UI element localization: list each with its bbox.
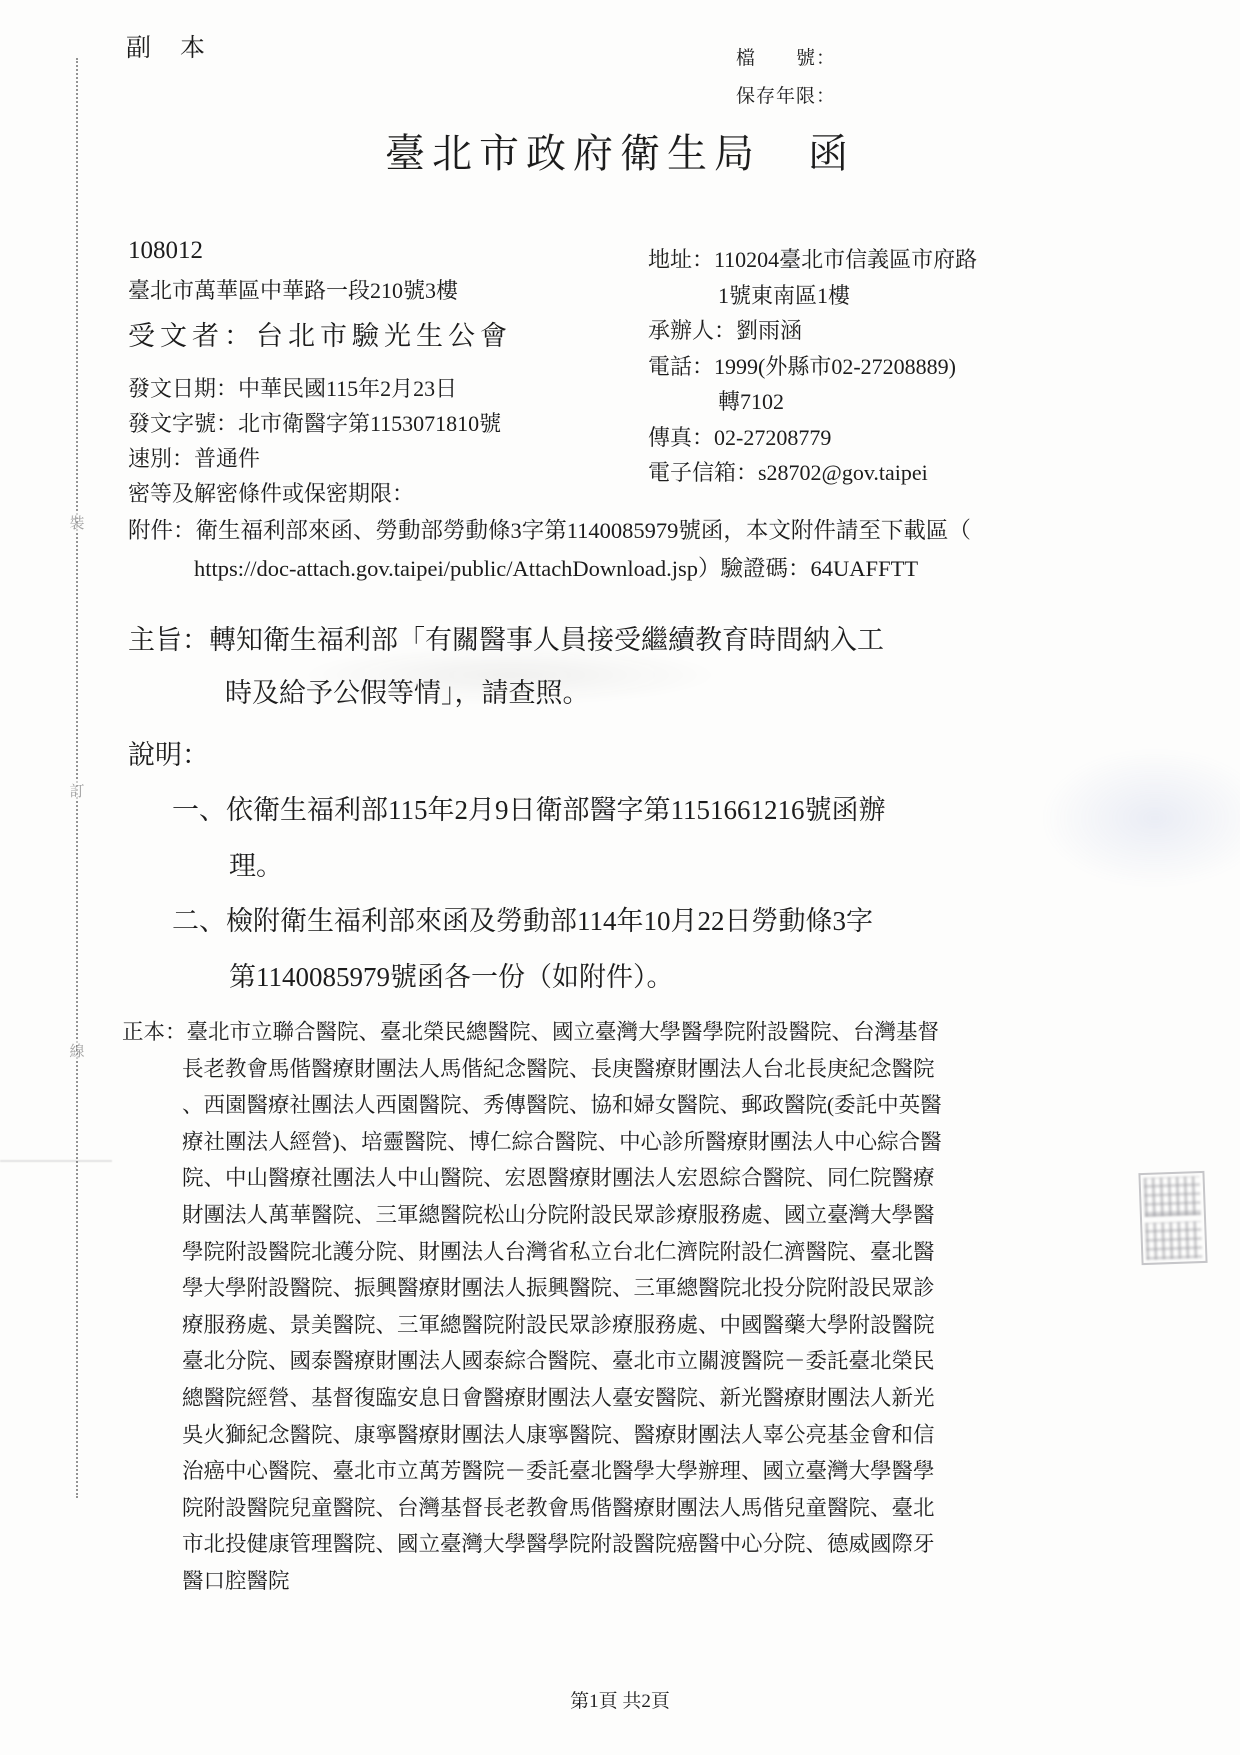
phone-line2: 轉7102: [648, 384, 1208, 420]
recipient-list-line: 院附設醫院兒童醫院、台灣基督長老教會馬偕醫療財團法人馬偕兒童醫院、臺北: [122, 1490, 1137, 1527]
explanation-item2-line1: 二、檢附衛生福利部來函及勞動部114年10月22日勞動條3字: [172, 894, 1142, 950]
recipient-list-line: 療服務處、景美醫院、三軍總醫院附設民眾診療服務處、中國醫藥大學附設醫院: [122, 1307, 1137, 1344]
case-officer: 承辦人：劉雨涵: [648, 313, 1208, 349]
delivery-speed: 速別：普通件: [128, 441, 648, 476]
recipient-list-line: 總醫院經營、基督復臨安息日會醫療財團法人臺安醫院、新光醫療財團法人新光: [122, 1380, 1137, 1417]
sender-address-line2: 1號東南區1樓: [648, 278, 1208, 314]
recipient-street: 臺北市萬華區中華路一段210號3樓: [128, 274, 648, 308]
document-title: 臺北市政府衛生局 函: [0, 122, 1240, 179]
explanation-item1-line1: 一、依衛生福利部115年2月9日衛部醫字第1151661216號函辦: [172, 783, 1142, 839]
receipt-stamp: [1138, 1171, 1207, 1265]
binding-mark-ding: 訂: [60, 780, 94, 801]
explanation-heading: 說明：: [128, 733, 209, 772]
explanation-items: 一、依衛生福利部115年2月9日衛部醫字第1151661216號函辦 理。 二、…: [172, 783, 1142, 1005]
recipient-name: 受文者：台北市驗光生公會: [128, 316, 648, 356]
attachment-note: 附件：衛生福利部來函、勞動部勞動條3字第1140085979號函，本文附件請至下…: [128, 512, 1133, 588]
recipient-list-line: 療社團法人經營)、培靈醫院、博仁綜合醫院、中心診所醫療財團法人中心綜合醫: [122, 1124, 1137, 1161]
binding-mark-zhuang: 裝: [60, 512, 94, 533]
security-class: 密等及解密條件或保密期限：: [128, 476, 648, 511]
recipient-list-line: 治癌中心醫院、臺北市立萬芳醫院－委託臺北醫學大學辦理、國立臺灣大學醫學: [122, 1453, 1137, 1490]
recipient-list-line: 學大學附設醫院、振興醫療財團法人振興醫院、三軍總醫院北投分院附設民眾診: [122, 1270, 1137, 1307]
pencil-smudge: [300, 645, 720, 705]
recipient-list-line: 正本：臺北市立聯合醫院、臺北榮民總醫院、國立臺灣大學醫學院附設醫院、台灣基督: [122, 1014, 1137, 1051]
email-address: 電子信箱：s28702@gov.taipei: [648, 455, 1208, 491]
stamp-glyph-top: [1144, 1176, 1201, 1217]
recipient-list-line: 院、中山醫療社團法人中山醫院、宏恩醫療財團法人宏恩綜合醫院、同仁院醫療: [122, 1160, 1137, 1197]
page-number: 第1頁 共2頁: [0, 1686, 1240, 1713]
scan-artifact-line: [0, 1160, 112, 1162]
issue-date: 發文日期：中華民國115年2月23日: [128, 371, 648, 406]
original-copy-recipient-list: 正本：臺北市立聯合醫院、臺北榮民總醫院、國立臺灣大學醫學院附設醫院、台灣基督長老…: [122, 1014, 1137, 1600]
recipient-list-line: 市北投健康管理醫院、國立臺灣大學醫學院附設醫院癌醫中心分院、德威國際牙: [122, 1526, 1137, 1563]
file-number-block: 檔 號： 保存年限：: [736, 40, 836, 116]
phone-line1: 電話：1999(外縣市02-27208889): [648, 349, 1208, 385]
file-number-label: 檔 號：: [736, 40, 836, 78]
recipient-list-line: 臺北分院、國泰醫療財團法人國泰綜合醫院、臺北市立關渡醫院－委託臺北榮民: [122, 1343, 1137, 1380]
sender-contact-block: 地址：110204臺北市信義區市府路 1號東南區1樓 承辦人：劉雨涵 電話：19…: [648, 242, 1208, 491]
retention-period-label: 保存年限：: [736, 78, 836, 116]
recipient-list-line: 吳火獅紀念醫院、康寧醫療財團法人康寧醫院、醫療財團法人辜公亮基金會和信: [122, 1417, 1137, 1454]
binding-dotted-line: [76, 58, 78, 1498]
recipient-zip: 108012: [128, 234, 648, 268]
copy-label: 副 本: [126, 28, 207, 64]
document-number: 發文字號：北市衛醫字第1153071810號: [128, 406, 648, 441]
recipient-list-line: 財團法人萬華醫院、三軍總醫院松山分院附設民眾診療服務處、國立臺灣大學醫: [122, 1197, 1137, 1234]
fax-number: 傳真：02-27208779: [648, 420, 1208, 456]
recipient-list-line: 、西園醫療社團法人西園醫院、秀傳醫院、協和婦女醫院、郵政醫院(委託中英醫: [122, 1087, 1137, 1124]
recipient-address-block: 108012 臺北市萬華區中華路一段210號3樓 受文者：台北市驗光生公會 發文…: [128, 234, 648, 511]
attachment-line1: 附件：衛生福利部來函、勞動部勞動條3字第1140085979號函，本文附件請至下…: [128, 512, 1133, 550]
explanation-item1-line2: 理。: [172, 839, 1142, 895]
binding-mark-xian: 線: [60, 1040, 94, 1061]
sender-address-line1: 地址：110204臺北市信義區市府路: [648, 242, 1208, 278]
stamp-glyph-bottom: [1145, 1221, 1202, 1260]
attachment-download-url: https://doc-attach.gov.taipei/public/Att…: [128, 550, 1133, 588]
recipient-list-line: 醫口腔醫院: [122, 1563, 1137, 1600]
scanned-official-letter-page: 裝 訂 線 副 本 檔 號： 保存年限： 臺北市政府衛生局 函 108012 臺…: [0, 0, 1240, 1755]
recipient-list-line: 學院附設醫院北護分院、財團法人台灣省私立台北仁濟院附設仁濟醫院、臺北醫: [122, 1234, 1137, 1271]
recipient-list-line: 長老教會馬偕醫療財團法人馬偕紀念醫院、長庚醫療財團法人台北長庚紀念醫院: [122, 1051, 1137, 1088]
explanation-item2-line2: 第1140085979號函各一份（如附件）。: [172, 950, 1142, 1006]
